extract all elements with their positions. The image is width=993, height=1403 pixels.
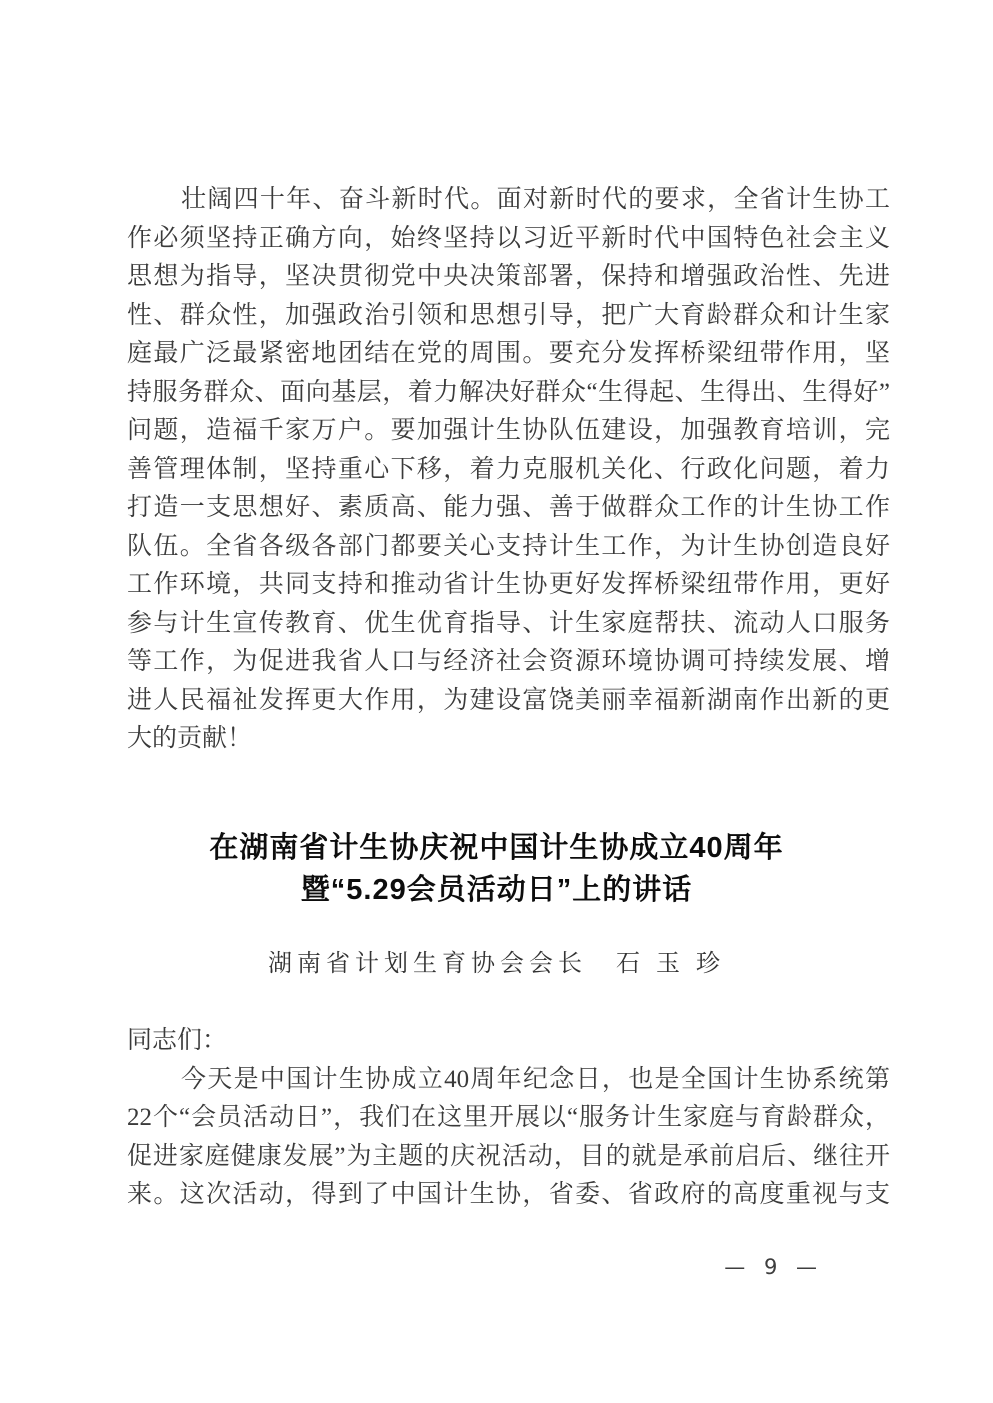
salutation: 同志们： — [127, 1022, 890, 1061]
paragraph-line: 来。这次活动，得到了中国计生协，省委、省政府的高度重视与支 — [127, 1176, 890, 1215]
paragraph-line: 壮阔四十年、奋斗新时代。面对新时代的要求，全省计生协工 — [127, 181, 890, 220]
paragraph-line: 工作环境，共同支持和推动省计生协更好发挥桥梁纽带作用，更好 — [127, 566, 890, 605]
paragraph-line: 大的贡献！ — [127, 720, 890, 759]
document-page: 壮阔四十年、奋斗新时代。面对新时代的要求，全省计生协工 作必须坚持正确方向，始终… — [0, 0, 993, 1403]
speech-body: 同志们： 今天是中国计生协成立40周年纪念日，也是全国计生协系统第 22个“会员… — [127, 1022, 890, 1215]
paragraph-line: 队伍。全省各级各部门都要关心支持计生工作，为计生协创造良好 — [127, 528, 890, 567]
paragraph-line: 参与计生宣传教育、优生优育指导、计生家庭帮扶、流动人口服务 — [127, 605, 890, 644]
paragraph-line: 促进家庭健康发展”为主题的庆祝活动，目的就是承前启后、继往开 — [127, 1138, 890, 1177]
paragraph-line: 思想为指导，坚决贯彻党中央决策部署，保持和增强政治性、先进 — [127, 258, 890, 297]
body-paragraph: 壮阔四十年、奋斗新时代。面对新时代的要求，全省计生协工 作必须坚持正确方向，始终… — [127, 181, 890, 759]
paragraph-line: 打造一支思想好、素质高、能力强、善于做群众工作的计生协工作 — [127, 489, 890, 528]
speech-title-line-2: 暨“5.29会员活动日”上的讲话 — [0, 869, 993, 911]
byline: 湖南省计划生育协会会长 石 玉 珍 — [0, 948, 993, 980]
paragraph-line: 庭最广泛最紧密地团结在党的周围。要充分发挥桥梁纽带作用，坚 — [127, 335, 890, 374]
speech-title-line-1: 在湖南省计生协庆祝中国计生协成立40周年 — [0, 827, 993, 869]
paragraph-line: 进人民福祉发挥更大作用，为建设富饶美丽幸福新湖南作出新的更 — [127, 682, 890, 721]
paragraph-line: 性、群众性，加强政治引领和思想引导，把广大育龄群众和计生家 — [127, 297, 890, 336]
paragraph-line: 今天是中国计生协成立40周年纪念日，也是全国计生协系统第 — [127, 1061, 890, 1100]
page-number: — 9 — — [724, 1253, 823, 1281]
paragraph-line: 问题，造福千家万户。要加强计生协队伍建设，加强教育培训，完 — [127, 412, 890, 451]
paragraph-line: 等工作，为促进我省人口与经济社会资源环境协调可持续发展、增 — [127, 643, 890, 682]
paragraph-line: 善管理体制，坚持重心下移，着力克服机关化、行政化问题，着力 — [127, 451, 890, 490]
paragraph-line: 作必须坚持正确方向，始终坚持以习近平新时代中国特色社会主义 — [127, 220, 890, 259]
speech-title: 在湖南省计生协庆祝中国计生协成立40周年 暨“5.29会员活动日”上的讲话 — [0, 827, 993, 911]
paragraph-line: 持服务群众、面向基层，着力解决好群众“生得起、生得出、生得好” — [127, 374, 890, 413]
paragraph-line: 22个“会员活动日”，我们在这里开展以“服务计生家庭与育龄群众， — [127, 1099, 890, 1138]
